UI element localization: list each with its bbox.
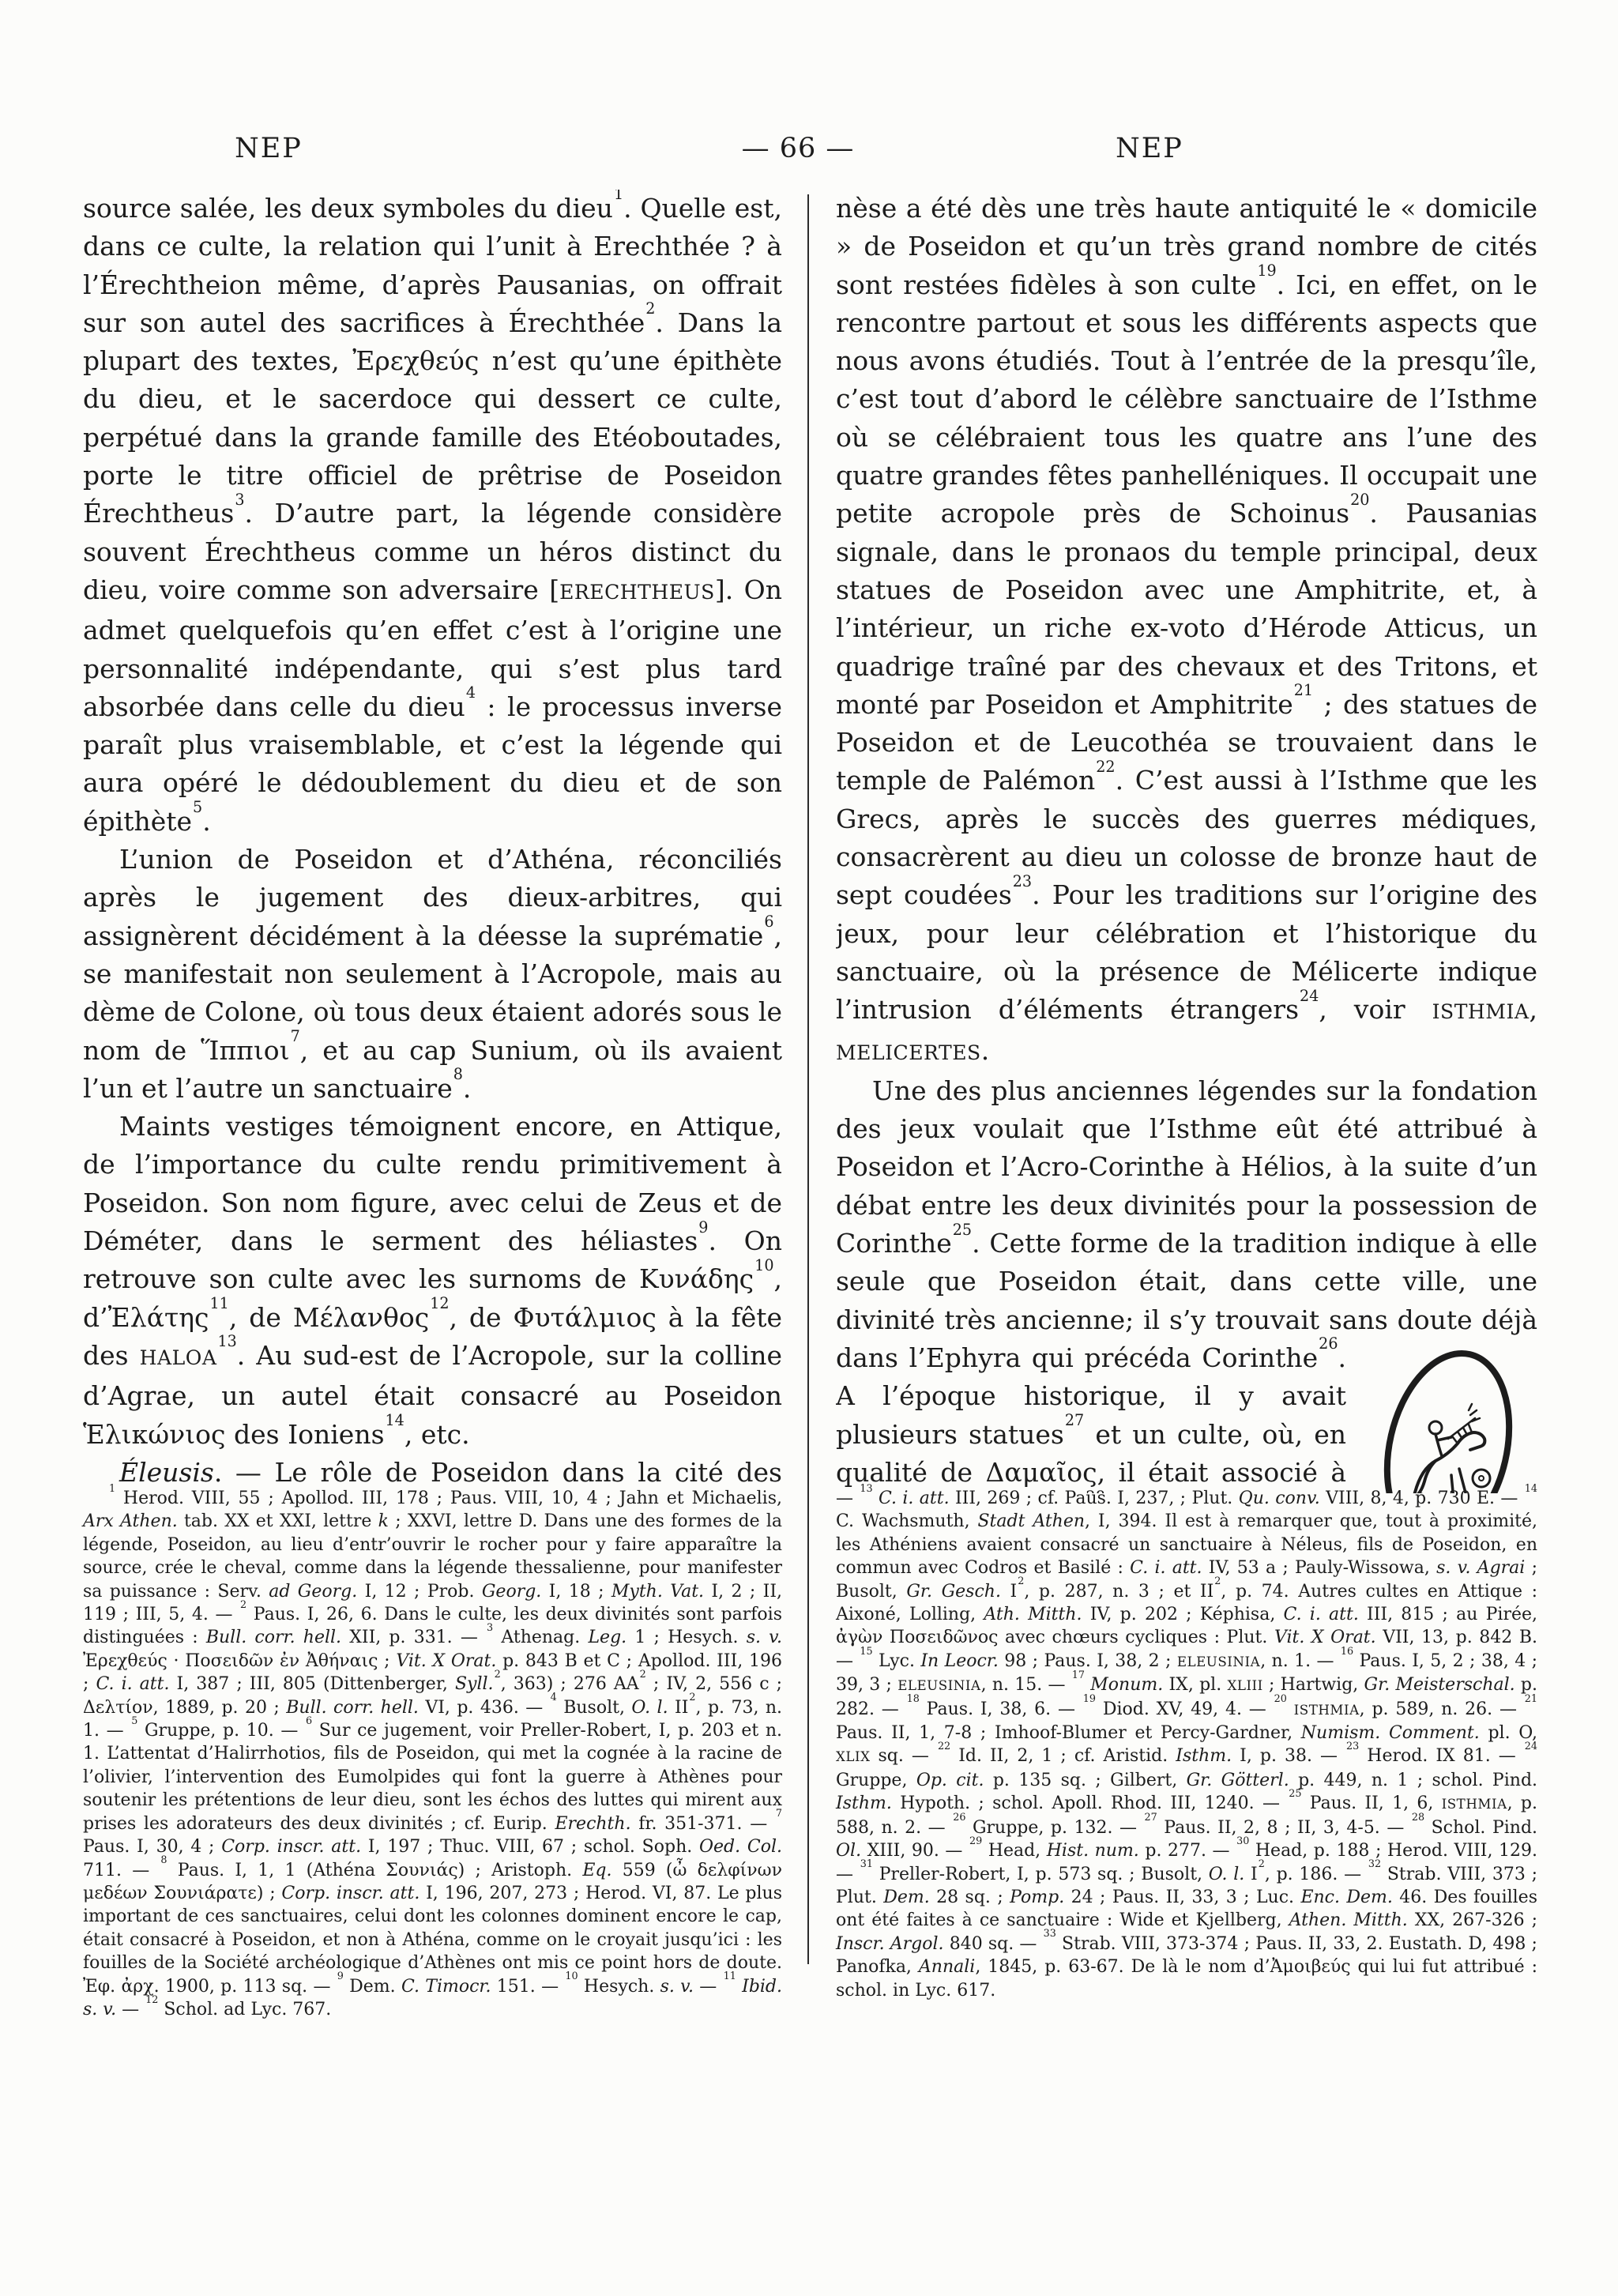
text-run: C. i. att. (1130, 1558, 1202, 1578)
text-run: Ἐλάτης (108, 1302, 209, 1333)
text-run: ) ; Aristoph. (458, 1861, 583, 1880)
text-run: Gruppe, p. 10. — (137, 1721, 305, 1741)
text-run: I, 387 ; III, 805 (Dittenberger, (169, 1674, 455, 1694)
text-run: ; IV, 2, 556 c ; (646, 1674, 782, 1694)
running-head-left: NEP (217, 133, 320, 164)
text-run: — (694, 1977, 723, 1997)
text-run: 1 ; Hesych. (627, 1628, 747, 1647)
footnote-ref: 7 (291, 1027, 300, 1045)
text-run: — (116, 2000, 145, 2019)
text-run: Arx Athen. (83, 1511, 178, 1531)
text-run: Stadt Athen (977, 1511, 1085, 1531)
text-run: Ath. Mitth. (984, 1605, 1082, 1624)
text-run: O. l. (631, 1698, 668, 1718)
text-run: Ἀμοιβεύς (1270, 1957, 1351, 1977)
text-run: . Pausanias signale, dans le pronaos du … (836, 498, 1537, 719)
footnote-ref: 25 (953, 1221, 972, 1239)
text-run: eleusinia (1177, 1654, 1260, 1669)
footnote-ref: 4 (551, 1692, 557, 1703)
text-run: C. i. att. (879, 1489, 950, 1508)
text-run: XII, p. 331. — (341, 1628, 486, 1647)
text-run: Ἑλικώνιος (83, 1419, 226, 1450)
paragraph: Maints vestiges témoignent encore, en At… (83, 1108, 782, 1454)
text-run: I, 12 ; Prob. (357, 1582, 482, 1602)
text-run: , etc. (404, 1419, 470, 1450)
text-run: Op. cit. (916, 1771, 984, 1790)
text-run: k (378, 1511, 389, 1531)
footnote-ref: 24 (1525, 1741, 1537, 1752)
text-run: , (1530, 994, 1538, 1025)
footnote-ref: 27 (1065, 1411, 1084, 1429)
text-run: Ἵππιοι (201, 1035, 289, 1066)
text-run: Ἐφ. ἀρχ. (83, 1977, 160, 1997)
text-run: melicertes (836, 1041, 981, 1064)
text-run: Paus. II, 1, 7-8 ; Imhoof-Blumer et Perc… (836, 1723, 1301, 1743)
footnote-ref: 19 (1083, 1693, 1096, 1705)
footnote-ref: 5 (193, 798, 202, 816)
text-run: isthmia (1294, 1702, 1360, 1718)
footnote-ref: 9 (698, 1218, 708, 1236)
column-divider-rule (807, 194, 809, 1964)
paragraph: nèse a été dès une très haute antiquité … (836, 190, 1537, 1072)
footnote-ref: 21 (1525, 1693, 1537, 1705)
text-run: source salée, les deux symboles du dieu (83, 193, 613, 224)
running-head-right: NEP (1098, 133, 1201, 164)
text-run: C. Timocr. (401, 1977, 491, 1997)
text-run: Φυτάλμιος (514, 1302, 657, 1333)
text-run: Δαμαῖος (986, 1457, 1097, 1488)
footnote-ref: 20 (1274, 1693, 1287, 1705)
text-run: 1900, p. 113 sq. — (160, 1977, 337, 1997)
text-run: ; Hartwig, (1263, 1675, 1364, 1695)
footnote-ref: 22 (938, 1741, 950, 1752)
text-run: , p. 287, n. 3 ; et II (1024, 1582, 1213, 1602)
text-run: Schol. ad Lyc. 767. (158, 2000, 331, 2019)
page-number: — 66 — (731, 133, 865, 164)
text-run: Monum. (1090, 1675, 1163, 1695)
footnote-ref: 23 (1346, 1741, 1359, 1752)
text-run: . (202, 806, 211, 837)
text-run: Enc. Dem. (1300, 1888, 1392, 1907)
footnote-ref: 16 (1341, 1646, 1353, 1658)
text-run: Paus. I, 38, 6. — (920, 1699, 1082, 1719)
text-run: Dem. (344, 1977, 401, 1997)
text-run: Georg. (482, 1582, 541, 1602)
text-run: p. 449, n. 1 ; schol. Pind. (1289, 1771, 1537, 1790)
text-run: L’union de Poseidon et d’Athéna, réconci… (83, 844, 782, 951)
text-run: . (981, 1035, 990, 1066)
text-run: Pomp. (1010, 1888, 1064, 1907)
text-run: O. l. (1209, 1865, 1245, 1884)
paragraph: — 13 C. i. att. III, 269 ; cf. Paus. I, … (836, 1487, 1537, 2002)
text-run: Corinthe (1202, 1342, 1318, 1373)
text-run: Busolt, (557, 1698, 632, 1718)
potidaea-coin-image (1369, 1342, 1527, 1493)
text-run: Corp. inscr. att. (221, 1837, 361, 1857)
footnote-ref: 17 (1072, 1669, 1085, 1681)
text-run: Vit. X Orat. (1274, 1628, 1376, 1647)
footnote-ref: 23 (1013, 872, 1032, 890)
text-run: Gruppe, (836, 1771, 916, 1790)
text-run: des Ioniens (226, 1419, 385, 1450)
footnote-ref: 29 (969, 1835, 982, 1847)
text-run: , p. 186. — (1265, 1865, 1368, 1884)
footnote-ref: 12 (430, 1294, 449, 1312)
text-run: XX, 267-326 ; (1408, 1910, 1537, 1930)
footnote-ref: 22 (1096, 758, 1115, 776)
text-run: avec chœurs cycliques : Plut. (998, 1628, 1274, 1647)
text-run: p. 277. — (1139, 1841, 1236, 1861)
text-run: Μέλανθος (293, 1302, 429, 1333)
footnote-ref: 2 (1214, 1575, 1221, 1587)
text-run: isthmia (1432, 1000, 1530, 1023)
footnote-ref: 32 (1368, 1858, 1381, 1870)
paragraph: source salée, les deux symboles du dieu1… (83, 190, 782, 841)
footnote-ref: 3 (235, 491, 244, 509)
text-run: isthmia (1442, 1796, 1507, 1812)
footnote-ref: 9 (337, 1970, 344, 1982)
footnote-ref: 8 (453, 1065, 463, 1083)
text-run: Vit. X Orat. (396, 1651, 496, 1671)
text-run: Paus. II, 1, 6, (1301, 1794, 1441, 1813)
text-run: Herod. IX 81. — (1359, 1746, 1524, 1766)
right-text-column: nèse a été dès une très haute antiquité … (836, 190, 1537, 1493)
footnote-ref: 31 (860, 1858, 873, 1870)
text-run: 840 sq. — (944, 1934, 1043, 1954)
text-run: Gr. Gesch. (906, 1582, 1001, 1602)
footnote-ref: 25 (1289, 1788, 1301, 1800)
footnote-ref: 33 (1044, 1928, 1056, 1940)
footnote-ref: 2 (240, 1599, 246, 1611)
text-run: , 1889, p. 20 ; (153, 1698, 287, 1718)
text-run: haloa (140, 1346, 217, 1369)
footnote-ref: 4 (466, 683, 476, 702)
text-run: Δελτίον (83, 1698, 153, 1718)
text-run: Syll. (455, 1674, 494, 1694)
text-run: tab. XX et XXI, lettre (178, 1511, 378, 1531)
figure-5307: Fig. 5307. — Monnaie de Potidée. (1359, 1342, 1537, 1493)
footnote-ref: 13 (860, 1483, 872, 1495)
text-run: Corp. inscr. att. (281, 1884, 420, 1903)
footnote-ref: 14 (386, 1411, 404, 1429)
text-run: Ἐρεχθεύς · Ποσειδῶν ἐν Ἀθήναις (83, 1651, 378, 1671)
text-run: erechtheus (559, 581, 715, 604)
footnote-ref: 11 (209, 1294, 228, 1312)
footnote-ref: 7 (776, 1808, 782, 1820)
footnote-ref: 1 (614, 190, 623, 203)
text-run: IX, pl. (1163, 1675, 1227, 1695)
text-run: VIII, 8, 4, p. 730 E. — (1320, 1489, 1524, 1508)
text-run: C. i. att. (1284, 1605, 1359, 1624)
text-run: , 1845, p. 63-67. De là le nom d’ (975, 1957, 1270, 1977)
text-run: Leg. (588, 1628, 627, 1647)
footnote-ref: 2 (689, 1692, 695, 1703)
text-run: Ἐρεχθεύς (352, 345, 479, 376)
footnote-ref: 10 (754, 1256, 773, 1274)
text-run: 28 sq. ; (930, 1888, 1010, 1907)
text-run: I, 197 ; Thuc. VIII, 67 ; schol. Soph. (361, 1837, 699, 1857)
text-run: Gruppe, p. 132. — (965, 1818, 1143, 1838)
footnote-ref: 27 (1145, 1812, 1157, 1824)
text-run: , n. 1. — (1260, 1651, 1340, 1671)
text-run: , de (229, 1302, 293, 1333)
footnote-ref: 2 (645, 299, 655, 318)
text-run: Dem. (883, 1888, 930, 1907)
footnote-ref: 20 (1350, 491, 1369, 509)
left-text-column: source salée, les deux symboles du dieu1… (83, 190, 782, 1493)
footnote-ref: 1 (109, 1483, 115, 1495)
footnote-ref: 11 (724, 1970, 736, 1982)
text-run: Myth. Vat. (611, 1582, 704, 1602)
footnote-ref: 14 (1525, 1483, 1537, 1495)
text-run: ; (378, 1651, 396, 1671)
text-run: Maints vestiges témoignent encore, en At… (83, 1111, 782, 1256)
text-run: Preller-Robert, I, p. 573 sq. ; Busolt, (873, 1865, 1209, 1884)
text-run: IV, p. 202 ; Képhisa, (1082, 1605, 1284, 1624)
footnote-ref: 12 (145, 1994, 158, 2006)
footnote-ref: 18 (907, 1693, 920, 1705)
scanned-book-page: NEP — 66 — NEP source salée, les deux sy… (0, 0, 1618, 2296)
text-run: , voir (1319, 994, 1432, 1025)
text-run: Qu. conv. (1239, 1489, 1320, 1508)
text-run: Head, (982, 1841, 1047, 1861)
text-run: Κυνάδης (639, 1263, 754, 1294)
text-run: Numism. Comment. (1301, 1723, 1480, 1743)
text-run: eleusinia (897, 1677, 980, 1693)
text-run: Athenag. (493, 1628, 588, 1647)
footnote-ref: 2 (495, 1669, 501, 1681)
text-run: 24 ; Paus. II, 33, 3 ; Luc. (1064, 1888, 1300, 1907)
footnote-ref: 26 (953, 1812, 965, 1824)
footnote-ref: 15 (860, 1646, 872, 1658)
text-run: Athen. Mitth. (1289, 1910, 1408, 1930)
footnote-ref: 6 (764, 913, 773, 931)
text-run: . (463, 1073, 472, 1104)
text-run: Lyc. (873, 1651, 921, 1671)
paragraph: 1 Herod. VIII, 55 ; Apollod. III, 178 ; … (83, 1487, 782, 2021)
footnote-ref: 2 (1259, 1858, 1265, 1870)
text-run (1287, 1699, 1294, 1719)
text-run: Hypoth. ; schol. Apoll. Rhod. III, 1240.… (892, 1794, 1288, 1813)
text-run: , p. 589, n. 26. — (1360, 1699, 1524, 1719)
text-run: Id. II, 2, 1 ; cf. Aristid. (950, 1746, 1176, 1766)
text-run: Paus. I, 30, 4 ; (83, 1837, 221, 1857)
text-run: sq. — (870, 1746, 936, 1766)
footnote-ref: 10 (565, 1970, 578, 1982)
footnote-ref: 13 (217, 1332, 236, 1350)
text-run: — (836, 1489, 859, 1508)
text-run: Hist. num. (1047, 1841, 1139, 1861)
text-run: XIII, 90. — (861, 1841, 969, 1861)
text-run: Gr. Götterl. (1187, 1771, 1289, 1790)
text-run: s. v. (660, 1977, 694, 1997)
text-run: ad Georg. (269, 1582, 357, 1602)
text-run: C. Wachsmuth, (836, 1511, 977, 1531)
text-run: Herod. VIII, 55 ; Apollod. III, 178 ; Pa… (115, 1489, 782, 1508)
text-run: 711. — (83, 1861, 160, 1880)
text-run: II (668, 1698, 689, 1718)
text-run: xliii (1227, 1677, 1262, 1693)
text-run: s. v. Agrai (1436, 1558, 1525, 1578)
footnote-ref: 21 (1294, 681, 1313, 699)
text-run: Paus. I, 1, 1 (Athéna (167, 1861, 386, 1880)
text-run: Paus. II, 2, 8 ; II, 3, 4-5. — (1157, 1818, 1411, 1838)
text-run: Eq. (582, 1861, 611, 1880)
text-run: xlix (836, 1748, 870, 1764)
text-run: ἀγὼν Ποσειδῶνος (836, 1628, 998, 1647)
text-run: , de (450, 1302, 514, 1333)
footnote-ref: 6 (306, 1715, 312, 1727)
text-run: , 363) ; 276 AA (501, 1674, 639, 1694)
text-run: I, 18 ; (541, 1582, 611, 1602)
text-run: s. v. (747, 1628, 782, 1647)
text-run: In Leocr. (920, 1651, 999, 1671)
text-run: Isthm. (1176, 1746, 1232, 1766)
left-footnotes-block: 1 Herod. VIII, 55 ; Apollod. III, 178 ; … (83, 1487, 782, 2021)
text-run: VI, p. 436. — (419, 1698, 550, 1718)
text-run: ) ; (257, 1884, 282, 1903)
text-run: Erechth. (555, 1814, 630, 1834)
text-run: Gr. Meisterschal. (1364, 1675, 1515, 1695)
text-run: 151. — (491, 1977, 565, 1997)
text-run: Bull. corr. hell. (206, 1628, 341, 1647)
text-run: I, p. 38. — (1232, 1746, 1345, 1766)
paragraph: L’union de Poseidon et d’Athéna, réconci… (83, 841, 782, 1108)
text-run: , n. 15. — (981, 1675, 1071, 1695)
footnote-ref: 3 (487, 1622, 493, 1634)
text-run: C. i. att. (96, 1674, 169, 1694)
text-run: Inscr. Argol. (836, 1934, 944, 1954)
text-run: IV, 53 a ; Pauly-Wissowa, (1202, 1558, 1437, 1578)
footnote-ref: 24 (1300, 987, 1319, 1005)
footnote-ref: 2 (640, 1669, 646, 1681)
text-run: Ol. (836, 1841, 861, 1861)
footnote-ref: 28 (1412, 1812, 1424, 1824)
text-run: 559 ( (612, 1861, 673, 1880)
footnote-ref: 2 (1018, 1575, 1024, 1587)
footnote-ref: 19 (1257, 262, 1276, 280)
text-run: 98 ; Paus. I, 38, 2 ; (999, 1651, 1177, 1671)
footnote-ref: 26 (1319, 1334, 1338, 1353)
text-run: Diod. XV, 49, 4. — (1096, 1699, 1274, 1719)
text-run: Éleusis (119, 1457, 214, 1488)
text-run: Oed. Col. (699, 1837, 782, 1857)
text-run: I (1244, 1865, 1257, 1884)
text-run: Isthm. (836, 1794, 892, 1813)
text-run: Schol. Pind. (1424, 1818, 1537, 1838)
right-footnotes-block: — 13 C. i. att. III, 269 ; cf. Paus. I, … (836, 1487, 1537, 2002)
text-run: fr. 351-371. — (631, 1814, 775, 1834)
text-run: p. 135 sq. ; Gilbert, (984, 1771, 1186, 1790)
text-run: III, 815 ; au Pirée, (1359, 1605, 1537, 1624)
text-run: . Ici, en effet, on le rencontre partout… (836, 269, 1537, 529)
footnote-ref: 5 (131, 1715, 137, 1727)
text-run: Annali (919, 1957, 975, 1977)
text-run: Bull. corr. hell. (286, 1698, 419, 1718)
text-run (873, 1489, 879, 1508)
footnote-ref: 8 (160, 1854, 167, 1866)
footnote-ref: 30 (1236, 1835, 1249, 1847)
text-run: Hesych. (578, 1977, 660, 1997)
paragraph: Une des plus anciennes légendes sur la f… (836, 1072, 1537, 1493)
text-run: Σουνιάς (386, 1861, 457, 1880)
text-run: III, 269 ; cf. Paus. I, 237, ; Plut. (950, 1489, 1239, 1508)
text-run: I (1001, 1582, 1017, 1602)
